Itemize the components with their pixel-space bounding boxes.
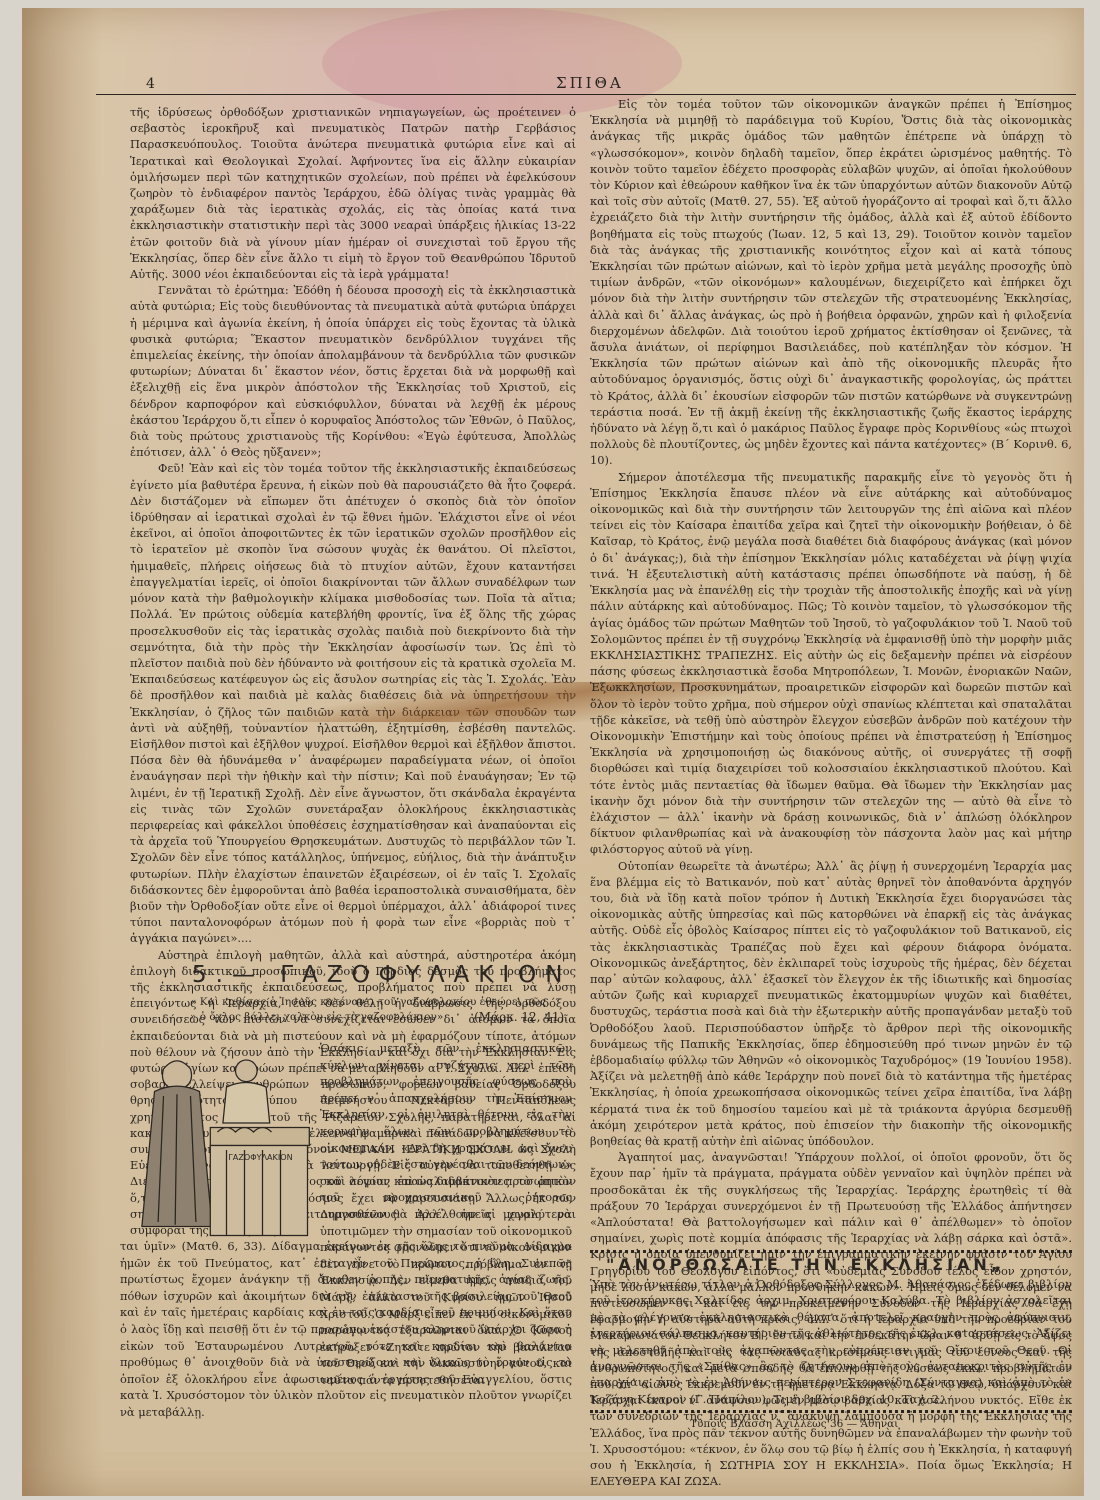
dotted-rule	[590, 1410, 1072, 1413]
paragraph: Σήμερον ἀποτέλεσμα τῆς πνευματικῆς παρακ…	[590, 469, 1072, 858]
paragraph: τῆς ἱδρύσεως ὀρθοδόξων χριστιανικῶν νηπι…	[130, 104, 576, 282]
book-notice-title: "ΑΝΟΡΘΩΣΑΤΕ ΤΗΝ ΕΚΚΛΗΣΙΑΝ„	[606, 1255, 1005, 1274]
page-header: 4 ΣΠΙΘΑ	[96, 68, 1076, 95]
paper-title: ΣΠΙΘΑ	[556, 74, 624, 92]
epigraph-line: « Καὶ καθίσας ὁ Ἰησοῦς κατέναντι τοῦ γαζ…	[190, 995, 568, 1010]
section5-bottom-text: ται ὑμῖν» (Ματθ. 6, 33). Δίδαγμα ἐκείνων…	[120, 1238, 572, 1421]
edge-stain	[22, 8, 102, 1496]
treasury-illustration: ΓΑΖΟΦΥΛΑΚΙΟΝ	[120, 1042, 315, 1240]
illustration-label: ΓΑΖΟΦΥΛΑΚΙΟΝ	[228, 1152, 292, 1162]
epigraph: « Καὶ καθίσας ὁ Ἰησοῦς κατέναντι τοῦ γαζ…	[190, 995, 568, 1025]
paragraph: Εἰς τὸν τομέα τοῦτον τῶν οἰκονομικῶν ἀνα…	[590, 96, 1072, 469]
dotted-rule	[590, 1250, 1072, 1253]
paragraph: Οὐτοπίαν θεωρεῖτε τὰ ἀνωτέρω; Ἀλλ᾽ ἂς ῥί…	[590, 858, 1072, 1150]
page-number: 4	[146, 76, 155, 92]
epigraph-reference: (Μάρκ. 12, 41).	[474, 1010, 568, 1025]
section-heading: 5.— ΓΑΖΟΦΥΛΑΚΙΟΝ	[192, 962, 571, 988]
printer-imprint: Τύποις Βλάσση Ἀχιλλέως 36 — Ἀθῆναι	[690, 1418, 898, 1430]
book-notice-body: Ὑπὸ τὸν ἀνωτέρω τίτλον ὁ Ὀρθόδοξος Σύλλο…	[590, 1276, 1072, 1407]
paragraph: Γεννᾶται τὸ ἐρώτημα: Ἐδόθη ἡ δέουσα προσ…	[130, 282, 576, 460]
